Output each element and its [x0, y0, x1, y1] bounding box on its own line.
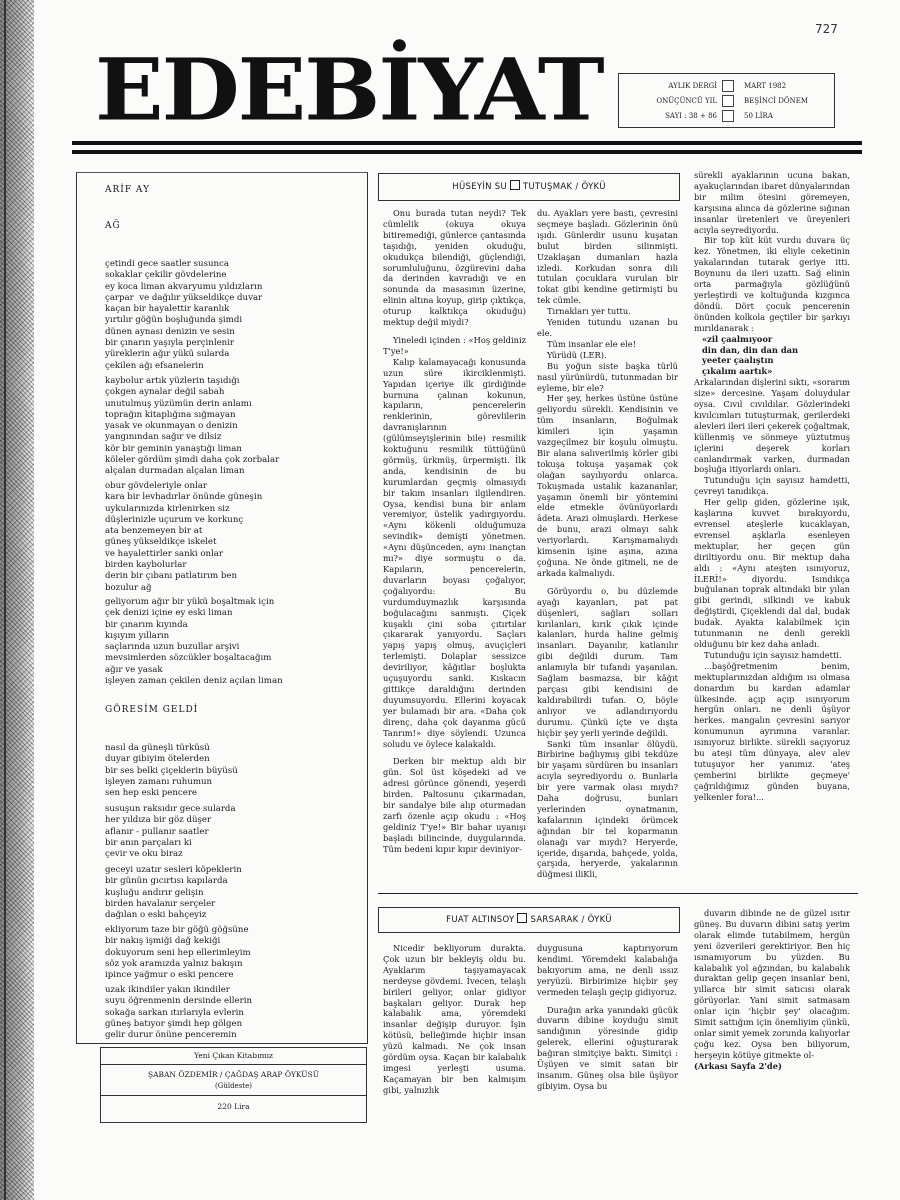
story-paragraph: duygusuna kaptırıyorum kendimi. Yöremdek… [537, 943, 678, 998]
story-paragraph: Her gelip giden, gözlerine ışık, kaşları… [694, 497, 850, 650]
song-lyric-line: «zil çaalmıyoor [694, 334, 850, 345]
story1-column-3: sürekli ayaklarının ucuna bakan, ayakuçl… [694, 170, 850, 803]
poem-stanza: nasıl da güneşli türküsü duyar gibiyim ö… [105, 743, 365, 799]
info-label: SAYI : 38 + 86 [665, 112, 717, 120]
story-title: TUTUŞMAK / ÖYKÜ [523, 182, 606, 192]
story2-column-2: duygusuna kaptırıyorum kendimi. Yöremdek… [537, 943, 678, 1092]
poem-stanza: geceyi uzatır sesleri köpeklerin bir gün… [105, 865, 365, 921]
info-value: BEŞİNCİ DÖNEM [744, 97, 808, 105]
new-book-advert: Yeni Çıkan Kitabımız ŞABAN ÖZDEMİR / ÇAĞ… [100, 1047, 367, 1123]
advert-book-title: ŞABAN ÖZDEMİR / ÇAĞDAŞ ARAP ÖYKÜSÜ [101, 1070, 366, 1079]
masthead-rule-bottom [72, 150, 862, 154]
story-paragraph: Her şey, herkes üstüne üstüne geliyordu … [537, 393, 678, 578]
story-title: SARSARAK / ÖYKÜ [530, 915, 611, 925]
divider [101, 1064, 366, 1065]
story-paragraph: Tutunduğu için sayısız hamdetti, çevreyi… [694, 475, 850, 497]
story-author: HÜSEYİN SU [452, 182, 507, 192]
square-separator-icon [510, 180, 520, 190]
story-paragraph: Arkalarından dişlerini sıktı, «sorarım s… [694, 377, 850, 475]
story-paragraph: Tutunduğu için sayısız hamdetti. [694, 650, 850, 661]
poem-stanza: kaybolur artık yüzlerin taşıdığı çokgen … [105, 376, 365, 478]
poem-stanza: ekliyorum taze bir göğü göğsüne bir nakı… [105, 925, 365, 981]
story-paragraph: du. Ayakları yere bastı, çevresini seçme… [537, 208, 678, 306]
story-paragraph: Yeniden tutundu uzanan bu ele. [537, 317, 678, 339]
song-lyric-line: din dan, din dan dan [694, 345, 850, 356]
handwritten-page-number: 727 [815, 22, 838, 36]
story-header-sarsarak: FUAT ALTINSOYSARSARAK / ÖYKÜ [378, 907, 680, 933]
info-label: AYLIK DERGİ [668, 82, 717, 90]
story-paragraph: Durağın arka yanındaki gücük duvarın dib… [537, 1005, 678, 1092]
story-paragraph: ...başöğretmenim benim, mektuplarınızdan… [694, 661, 850, 803]
square-bullet-icon [722, 110, 734, 122]
advert-heading: Yeni Çıkan Kitabımız [101, 1051, 366, 1060]
story-paragraph: Yürüdü (LER). [537, 350, 678, 361]
song-lyric-line: çıkalım aartık» [694, 366, 850, 377]
story-paragraph: Derken bir mektup aldı bir gün. Sol üst … [383, 756, 526, 854]
story-paragraph: (Arkası Sayfa 2'de) [694, 1061, 850, 1072]
poem-stanza: çetindi gece saatler susunca sokaklar çe… [105, 259, 365, 372]
poem-stanza: obur gövdeleriyle onlar kara bir levhadı… [105, 481, 365, 594]
story2-column-1: Nicedir bekliyorum durakta. Çok uzun bir… [383, 943, 526, 1096]
story-paragraph: Nicedir bekliyorum durakta. Çok uzun bir… [383, 943, 526, 1096]
advert-book-subtitle: (Güldeste) [101, 1082, 366, 1090]
story-paragraph: Tırnakları yer tuttu. [537, 306, 678, 317]
story-paragraph: Onu burada tutan neydi? Tek cümlelik (ok… [383, 208, 526, 328]
story2-column-3: duvarın dibinde ne de güzel ısıtır güneş… [694, 908, 850, 1072]
info-row-2: ONÜÇÜNCÜ YIL BEŞİNCİ DÖNEM [619, 95, 834, 109]
story-paragraph: Yineledi içinden : «Hoş geldiniz T'ye!» [383, 335, 526, 357]
story-paragraph: duvarın dibinde ne de güzel ısıtır güneş… [694, 908, 850, 1061]
info-label: ONÜÇÜNCÜ YIL [656, 97, 717, 105]
poem-stanza: geliyorum ağır bir yükü boşaltmak için ç… [105, 597, 365, 687]
issue-info-box: AYLIK DERGİ MART 1982 ONÜÇÜNCÜ YIL BEŞİN… [618, 73, 835, 128]
poem-title: AĞ [105, 221, 121, 231]
square-bullet-icon [722, 80, 734, 92]
story-paragraph: Görüyordu o, bu düzlemde ayağı kayanları… [537, 586, 678, 739]
square-bullet-icon [722, 95, 734, 107]
story1-column-2: du. Ayakları yere bastı, çevresini seçme… [537, 208, 678, 880]
story-paragraph: Bir top küt küt vurdu duvara üç kez. Yön… [694, 235, 850, 333]
story-paragraph: Bu yoğun siste başka türlü nasıl yürünür… [537, 361, 678, 394]
story1-column-1: Onu burada tutan neydi? Tek cümlelik (ok… [383, 208, 526, 855]
story-paragraph: Sanki tüm insanlar ölüydü. Birbirine bağ… [537, 739, 678, 881]
info-row-1: AYLIK DERGİ MART 1982 [619, 80, 834, 94]
story-paragraph: Tüm insanlar ele ele! [537, 339, 678, 350]
poem-title: GÖRESİM GELDİ [105, 705, 198, 715]
info-value: MART 1982 [744, 82, 786, 90]
poet-name: ARİF AY [105, 185, 150, 195]
story-paragraph: sürekli ayaklarının ucuna bakan, ayakuçl… [694, 170, 850, 235]
binding-edge-line [4, 0, 6, 1200]
poem-stanza: susuşun raksıdır gece sularda her yıldız… [105, 804, 365, 860]
story-author: FUAT ALTINSOY [446, 915, 514, 925]
poems-section: ARİF AY AĞ çetindi gece saatler susunca … [76, 172, 368, 1044]
song-lyric-line: yeeter çaalıştın [694, 355, 850, 366]
story1-end-rule [378, 893, 858, 894]
info-row-3: SAYI : 38 + 86 50 LİRA [619, 110, 834, 124]
masthead-title: EDEBİYAT [95, 52, 615, 128]
info-value: 50 LİRA [744, 112, 773, 120]
divider [101, 1095, 366, 1096]
masthead-rule-top [72, 141, 862, 145]
story-header-tutusmak: HÜSEYİN SUTUTUŞMAK / ÖYKÜ [378, 173, 680, 201]
story-paragraph: Kalıp kalamayacağı konusunda uzun süre i… [383, 357, 526, 750]
advert-price: 220 Lira [101, 1102, 366, 1111]
poem-stanza: uzak ikindiler yakın ikindiler suyu öğre… [105, 985, 365, 1041]
square-separator-icon [517, 913, 527, 923]
